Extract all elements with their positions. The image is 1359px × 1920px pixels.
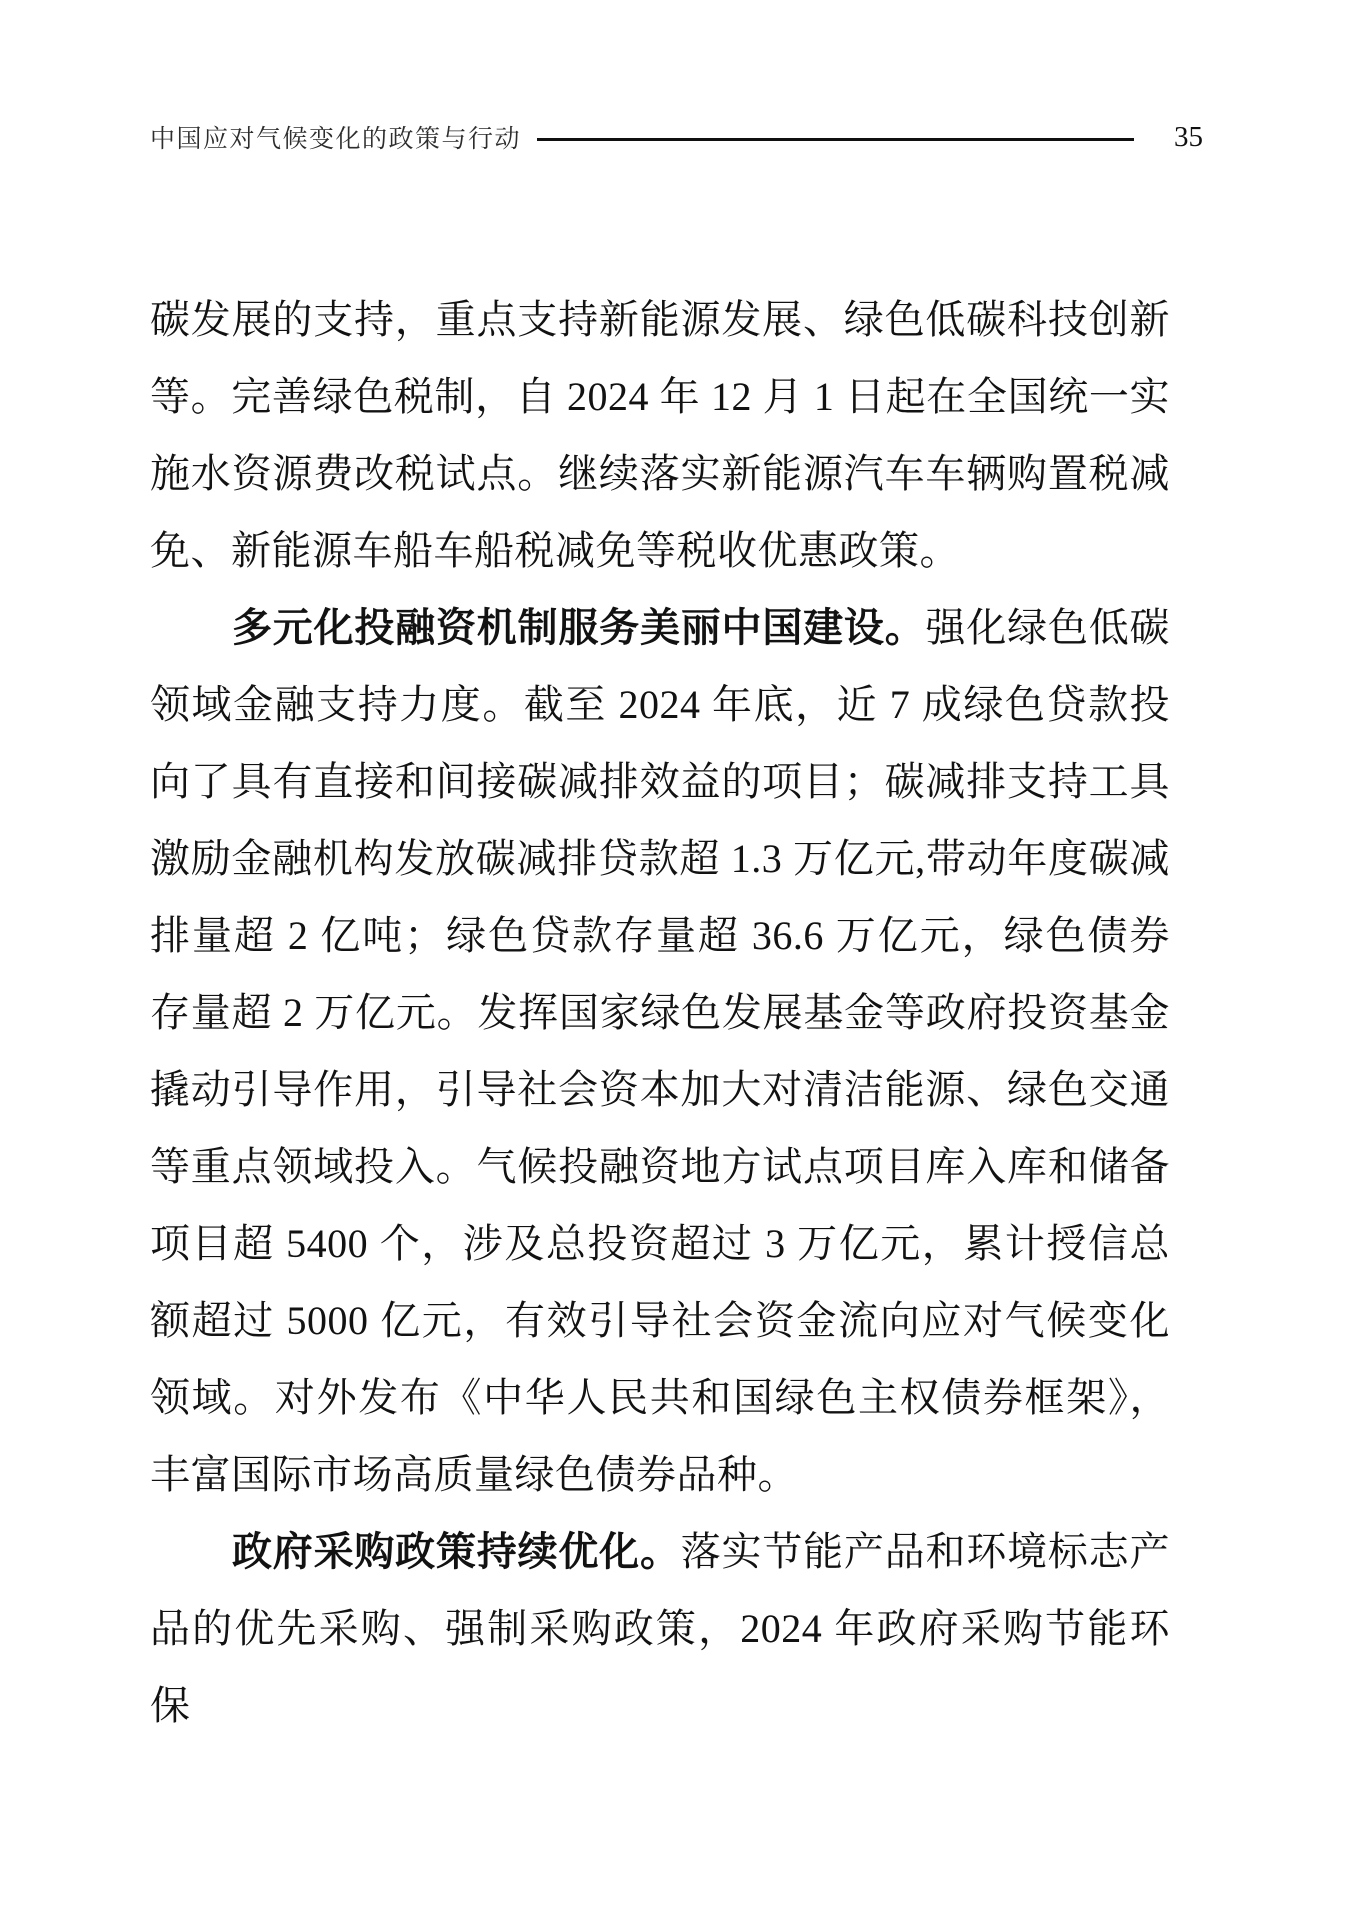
paragraph: 政府采购政策持续优化。落实节能产品和环境标志产品的优先采购、强制采购政策，202… bbox=[150, 1513, 1170, 1744]
paragraph-lead-bold: 多元化投融资机制服务美丽中国建设。 bbox=[232, 605, 926, 650]
header-title: 中国应对气候变化的政策与行动 bbox=[150, 119, 521, 155]
paragraph-text: 碳发展的支持，重点支持新能源发展、绿色低碳科技创新等。完善绿色税制，自 2024… bbox=[150, 297, 1170, 573]
document-page: 中国应对气候变化的政策与行动 35 碳发展的支持，重点支持新能源发展、绿色低碳科… bbox=[0, 0, 1359, 1920]
paragraph: 多元化投融资机制服务美丽中国建设。强化绿色低碳领域金融支持力度。截至 2024 … bbox=[150, 589, 1170, 1513]
page-header: 中国应对气候变化的政策与行动 35 bbox=[150, 116, 1203, 158]
paragraph-text: 强化绿色低碳领域金融支持力度。截至 2024 年底，近 7 成绿色贷款投向了具有… bbox=[150, 605, 1170, 1497]
paragraph-lead-bold: 政府采购政策持续优化。 bbox=[232, 1529, 681, 1574]
page-number: 35 bbox=[1174, 121, 1203, 154]
paragraph: 碳发展的支持，重点支持新能源发展、绿色低碳科技创新等。完善绿色税制，自 2024… bbox=[150, 281, 1170, 589]
document-body: 碳发展的支持，重点支持新能源发展、绿色低碳科技创新等。完善绿色税制，自 2024… bbox=[150, 281, 1170, 1744]
header-rule bbox=[537, 138, 1134, 141]
